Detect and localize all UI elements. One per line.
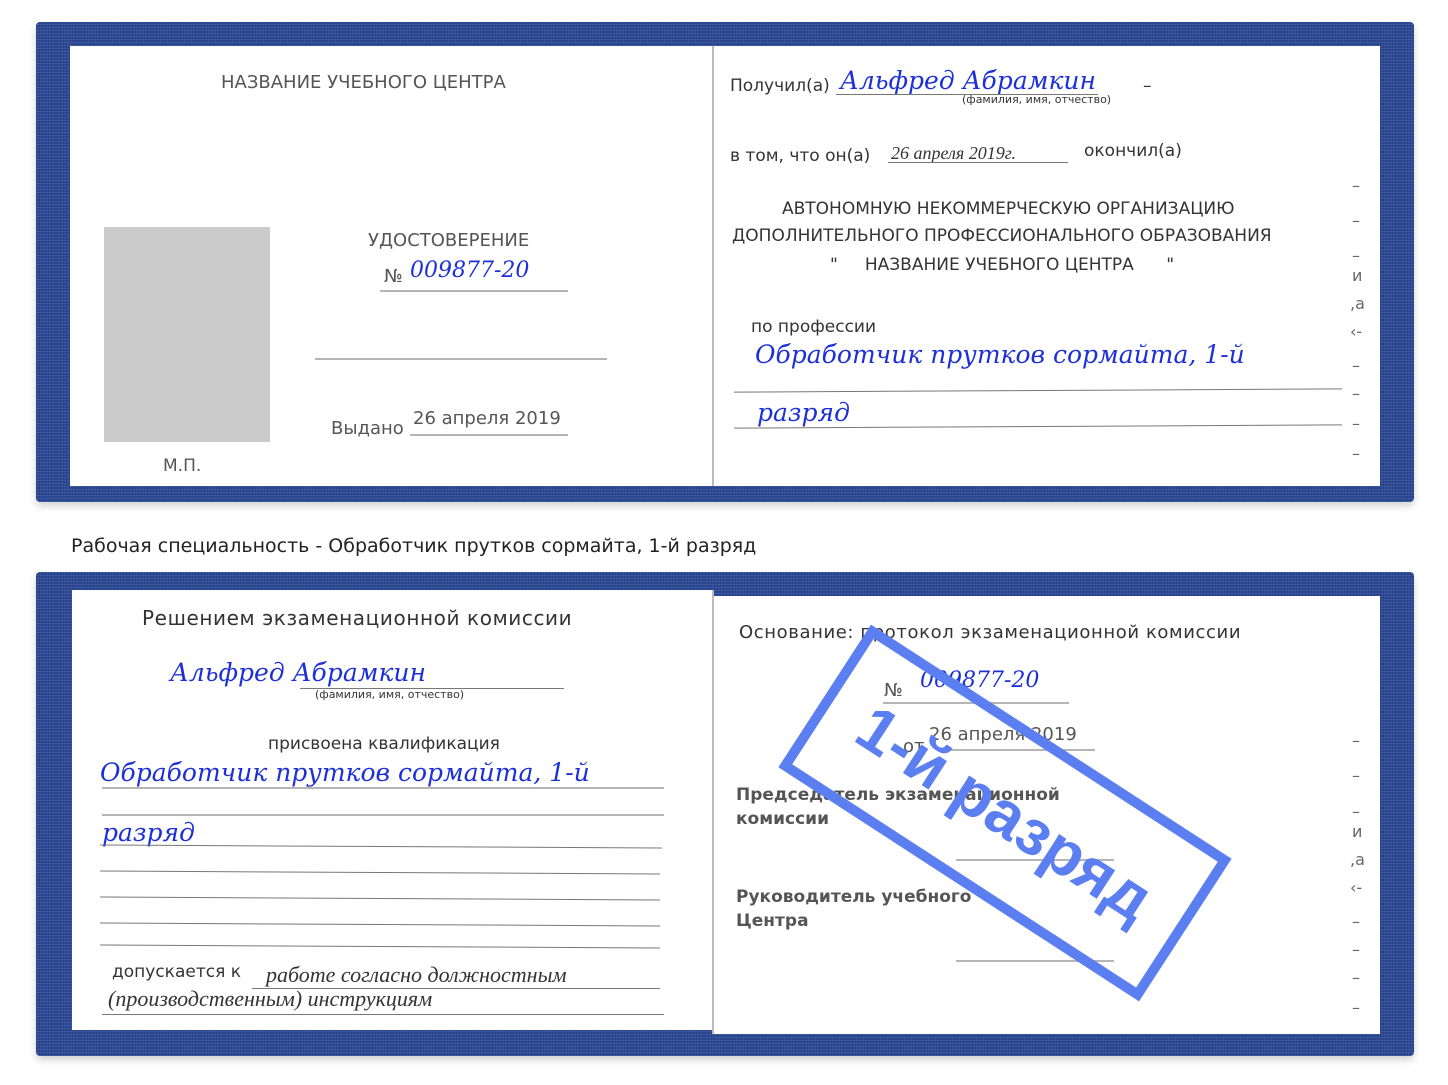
- basis-label: Основание: протокол экзаменационной коми…: [739, 622, 1241, 643]
- photo-placeholder: [104, 227, 270, 442]
- margin-mark: –: [1352, 444, 1360, 463]
- org-line-3: " НАЗВАНИЕ УЧЕБНОГО ЦЕНТРА ": [830, 255, 1174, 275]
- person-name: Альфред Абрамкин: [170, 658, 426, 687]
- profession-label: по профессии: [751, 317, 876, 337]
- issued-date: 26 апреля 2019: [413, 408, 561, 429]
- margin-mark: и: [1352, 266, 1362, 285]
- number-underline: [380, 290, 568, 292]
- issued-underline: [410, 434, 568, 436]
- margin-mark: и: [1352, 822, 1362, 841]
- certificate-number-label: №: [384, 266, 403, 287]
- certificate-title: УДОСТОВЕРЕНИЕ: [368, 230, 529, 251]
- margin-mark: –: [1352, 766, 1360, 785]
- head-label-2: Центра: [736, 911, 809, 931]
- head-label-1: Руководитель учебного: [736, 887, 971, 907]
- certificate-number: 009877-20: [410, 258, 529, 283]
- received-label: Получил(а): [730, 76, 830, 96]
- admitted-line-1: работе согласно должностным: [266, 962, 567, 988]
- margin-mark: ‹-: [1350, 322, 1362, 341]
- margin-mark: ,а: [1350, 850, 1365, 869]
- qualification-underline-1: [102, 787, 664, 789]
- margin-mark: ‹-: [1350, 878, 1362, 897]
- qualification-line-1: Обработчик прутков сормайта, 1-й: [100, 758, 590, 787]
- blank-underline: [315, 358, 607, 360]
- specialty-caption: Рабочая специальность - Обработчик прутк…: [71, 535, 756, 557]
- issued-label: Выдано: [331, 418, 404, 439]
- that-label: в том, что он(а): [730, 146, 870, 166]
- name-hint: (фамилия, имя, отчество): [962, 93, 1111, 106]
- completion-underline: [888, 162, 1068, 163]
- margin-mark: –: [1352, 731, 1360, 750]
- profession-line-1: Обработчик прутков сормайта, 1-й: [755, 340, 1245, 369]
- finished-label: окончил(а): [1084, 141, 1182, 161]
- margin-mark: –: [1352, 414, 1360, 433]
- profession-line-2: разряд: [757, 398, 850, 427]
- margin-mark: –: [1352, 940, 1360, 959]
- recipient-name: Альфред Абрамкин: [840, 66, 1096, 95]
- name-dash: –: [1143, 76, 1152, 96]
- admitted-label: допускается к: [112, 962, 241, 982]
- completion-date: 26 апреля 2019г.: [891, 143, 1016, 164]
- org-line-1: АВТОНОМНУЮ НЕКОММЕРЧЕСКУЮ ОРГАНИЗАЦИЮ: [782, 199, 1234, 219]
- margin-mark: –: [1352, 998, 1360, 1017]
- margin-mark: ,а: [1350, 294, 1365, 313]
- top-spine: [712, 46, 714, 486]
- qualification-line-2: разряд: [102, 818, 195, 847]
- person-name-hint: (фамилия, имя, отчество): [315, 688, 464, 701]
- admitted-line-2: (производственным) инструкциям: [108, 986, 432, 1012]
- margin-mark: –: [1352, 211, 1360, 230]
- margin-mark: –: [1352, 968, 1360, 987]
- commission-heading: Решением экзаменационной комиссии: [142, 606, 572, 630]
- admitted-underline-2: [102, 1014, 664, 1015]
- stamp-place-label: М.П.: [163, 456, 201, 476]
- margin-mark: –: [1352, 912, 1360, 931]
- qualification-underline-2: [102, 814, 664, 816]
- bottom-spine: [712, 590, 714, 1034]
- margin-mark: –: [1352, 176, 1360, 195]
- chairman-label-2: комиссии: [736, 809, 829, 829]
- margin-mark: –: [1352, 384, 1360, 403]
- qualification-label: присвоена квалификация: [268, 734, 500, 754]
- margin-mark: –: [1352, 802, 1360, 821]
- margin-mark: –: [1352, 246, 1360, 265]
- margin-mark: –: [1352, 356, 1360, 375]
- training-center-name: НАЗВАНИЕ УЧЕБНОГО ЦЕНТРА: [221, 72, 506, 93]
- org-line-2: ДОПОЛНИТЕЛЬНОГО ПРОФЕССИОНАЛЬНОГО ОБРАЗО…: [732, 226, 1272, 246]
